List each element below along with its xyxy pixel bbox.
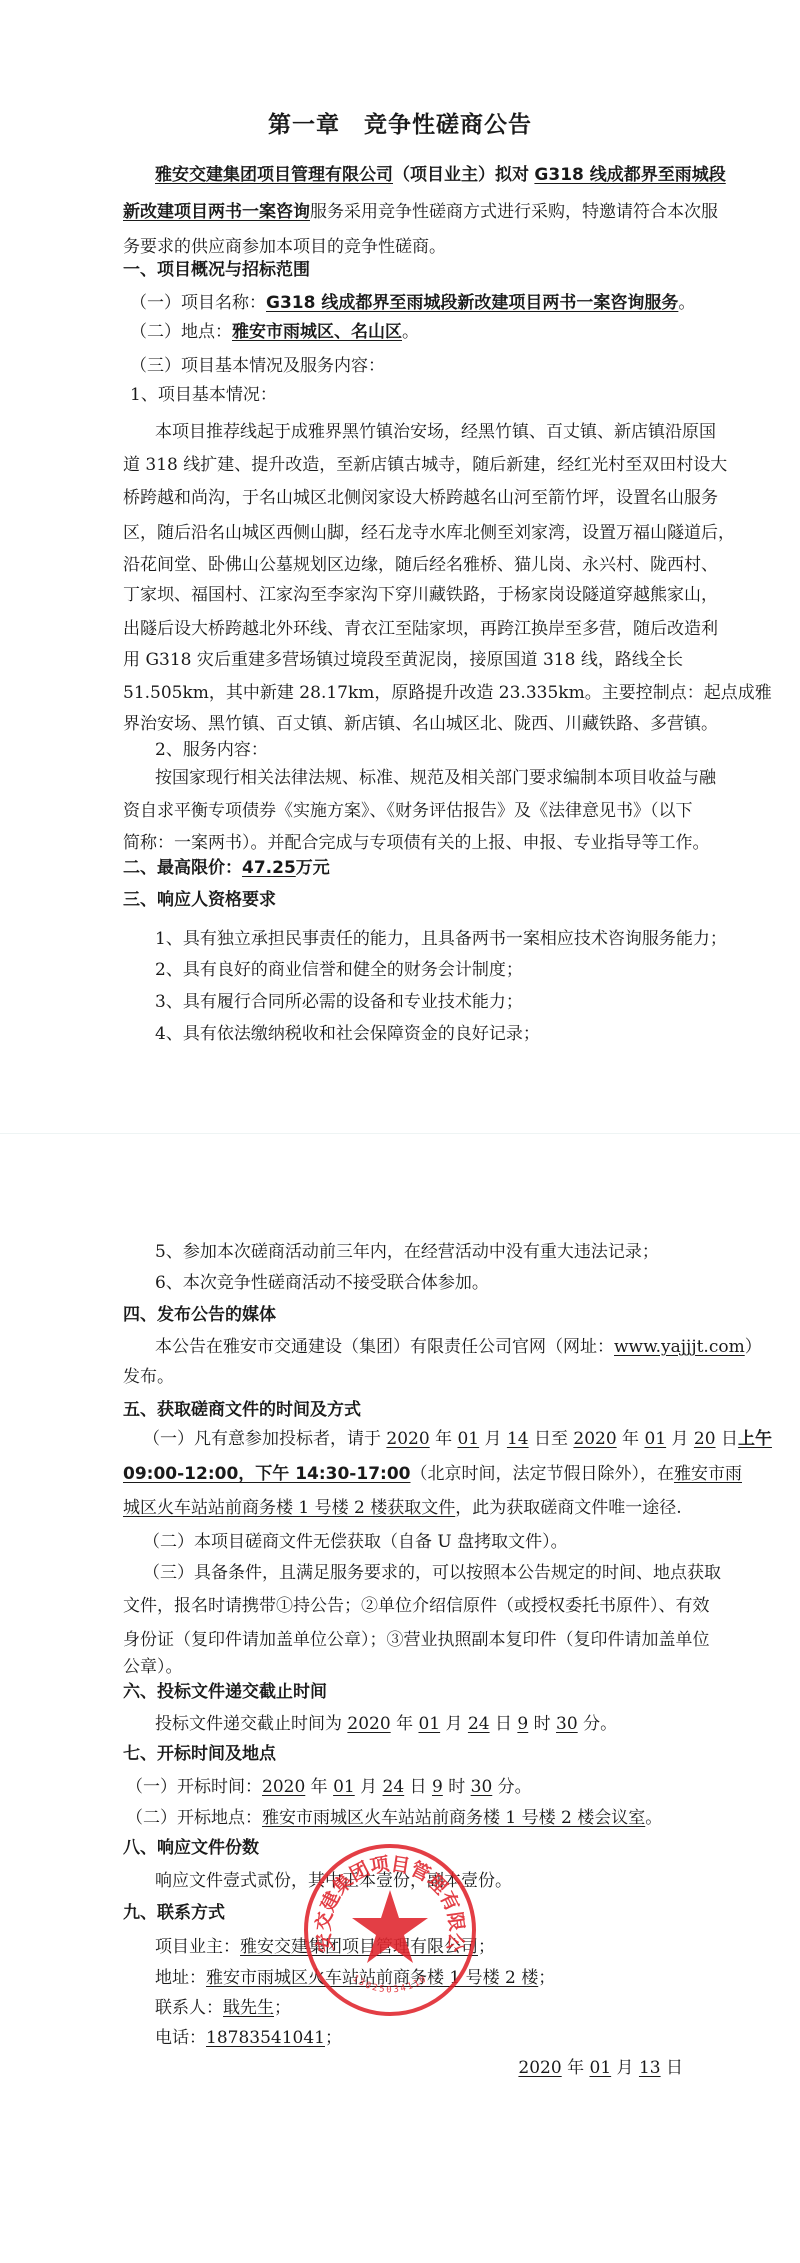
project-name-part-b: 新改建项目两书一案咨询 bbox=[123, 202, 310, 222]
intro-text: 服务采用竞争性磋商方式进行采购，特邀请符合本次服 bbox=[310, 202, 718, 222]
text: 年 bbox=[391, 1714, 419, 1734]
media-line: 本公告在雅安市交通建设（集团）有限责任公司官网（网址：www.yajjjt.co… bbox=[155, 1335, 683, 1359]
text: 日至 bbox=[529, 1429, 574, 1449]
sub1-line: 丁家坝、福国村、江家沟至李家沟下穿川藏铁路，于杨家岗设隧道穿越熊家山， bbox=[123, 583, 683, 607]
opening-place-line: （二）开标地点：雅安市雨城区火车站站前商务楼 1 号楼 2 楼会议室。 bbox=[126, 1806, 679, 1830]
text: 年 bbox=[430, 1429, 458, 1449]
sub1-label: 1、项目基本情况： bbox=[130, 383, 683, 407]
deadline-line: 投标文件递交截止时间为 2020 年 01 月 24 日 9 时 30 分。 bbox=[155, 1712, 683, 1736]
opening-hour: 9 bbox=[432, 1777, 443, 1797]
section-heading-4: 四、发布公告的媒体 bbox=[123, 1303, 683, 1327]
end-month: 01 bbox=[644, 1429, 666, 1449]
text: 日 bbox=[716, 1429, 738, 1449]
acquire-conditions-line: 身份证（复印件请加盖单位公章）；③营业执照副本复印件（复印件请加盖单位 bbox=[123, 1628, 683, 1652]
qualification-item: 4、具有依法缴纳税收和社会保障资金的良好记录； bbox=[155, 1022, 683, 1046]
qualification-item: 3、具有履行合同所必需的设备和专业技术能力； bbox=[155, 990, 683, 1014]
project-name-label: （一）项目名称： bbox=[130, 293, 266, 313]
sub2-line: 按国家现行相关法律法规、标准、规范及相关部门要求编制本项目收益与融 bbox=[155, 766, 683, 790]
text: 日 bbox=[490, 1714, 518, 1734]
sub2-line: 资自求平衡专项债券《实施方案》、《财务评估报告》及《法律意见书》（以下 bbox=[123, 799, 683, 823]
sub1-line: 沿花间堂、卧佛山公墓规划区边缘，随后经名雅桥、猫儿岗、永兴村、陇西村、 bbox=[123, 553, 683, 577]
page-title: 第一章 竞争性磋商公告 bbox=[0, 106, 800, 139]
contact-address-line: 地址：雅安市雨城区火车站站前商务楼 1 号楼 2 楼； bbox=[155, 1966, 683, 1990]
deadline-day: 24 bbox=[468, 1714, 490, 1734]
acquire-line-3: 城区火车站站前商务楼 1 号楼 2 楼获取文件，此为获取磋商文件唯一途径. bbox=[123, 1496, 683, 1520]
opening-day: 24 bbox=[383, 1777, 405, 1797]
location-line: （二）地点：雅安市雨城区、名山区。 bbox=[130, 320, 683, 344]
acquire-free-line: （二）本项目磋商文件无偿获取（自备 U 盘拷取文件）。 bbox=[143, 1530, 683, 1554]
text: （一）凡有意参加投标者，请于 bbox=[143, 1429, 386, 1449]
text: 分。 bbox=[492, 1777, 531, 1797]
text: 年 bbox=[562, 2058, 590, 2078]
sub1-line: 桥跨越和尚沟，于名山城区北侧闵家设大桥跨越名山河至箭竹坪，设置名山服务 bbox=[123, 486, 683, 510]
sub1-line: 本项目推荐线起于成雅界黑竹镇治安场，经黑竹镇、百丈镇、新店镇沿原国 bbox=[155, 420, 683, 444]
text: 月 bbox=[440, 1714, 468, 1734]
section-heading-8: 八、响应文件份数 bbox=[123, 1836, 683, 1860]
max-price-unit: 万元 bbox=[296, 858, 330, 878]
text: 年 bbox=[305, 1777, 333, 1797]
opening-time-line: （一）开标时间：2020 年 01 月 24 日 9 时 30 分。 bbox=[126, 1775, 679, 1799]
start-month: 01 bbox=[457, 1429, 479, 1449]
project-name-line: （一）项目名称：G318 线成都界至雨城段新改建项目两书一案咨询服务。 bbox=[130, 291, 683, 315]
punct: ； bbox=[478, 1937, 495, 1957]
text: 月 bbox=[355, 1777, 383, 1797]
sub1-line: 用 G318 灾后重建多营场镇过境段至黄泥岗，接原国道 318 线，路线全长 bbox=[123, 648, 683, 672]
text: 月 bbox=[666, 1429, 694, 1449]
start-year: 2020 bbox=[386, 1429, 429, 1449]
section-heading-5: 五、获取磋商文件的时间及方式 bbox=[123, 1398, 683, 1422]
max-price-value: 47.25 bbox=[242, 858, 296, 878]
punct: ； bbox=[325, 2028, 342, 2048]
acquire-conditions-line: 文件，报名时请携带①持公告；②单位介绍信原件（或授权委托书原件）、有效 bbox=[123, 1594, 683, 1618]
opening-place-value: 雅安市雨城区火车站站前商务楼 1 号楼 2 楼会议室 bbox=[262, 1808, 645, 1828]
punct: ） bbox=[745, 1337, 762, 1357]
punct: ； bbox=[538, 1968, 555, 1988]
owner-value: 雅安交建集团项目管理有限公司 bbox=[240, 1937, 478, 1957]
sub2-label: 2、服务内容： bbox=[155, 738, 683, 762]
page-break bbox=[0, 1133, 800, 1134]
sub1-line: 51.505km，其中新建 28.17km，原路提升改造 23.335km。主要… bbox=[123, 681, 683, 705]
opening-year: 2020 bbox=[262, 1777, 305, 1797]
text: 月 bbox=[479, 1429, 507, 1449]
location-label: （二）地点： bbox=[130, 322, 232, 342]
text: 日 bbox=[661, 2058, 683, 2078]
text: 年 bbox=[617, 1429, 645, 1449]
location-value: 雅安市雨城区、名山区 bbox=[232, 322, 402, 342]
acquire-line-1: （一）凡有意参加投标者，请于 2020 年 01 月 14 日至 2020 年 … bbox=[143, 1427, 683, 1451]
contact-phone-line: 电话：18783541041； bbox=[155, 2026, 683, 2050]
deadline-year: 2020 bbox=[347, 1714, 390, 1734]
punct: 。 bbox=[645, 1808, 662, 1828]
deadline-minute: 30 bbox=[556, 1714, 578, 1734]
sub1-line: 道 318 线扩建、提升改造，至新店镇古城寺，随后新建，经红光村至双田村设大 bbox=[123, 453, 683, 477]
sub1-line: 区，随后沿名山城区西侧山脚，经石龙寺水库北侧至刘家湾，设置万福山隧道后， bbox=[123, 521, 683, 545]
opening-time-label: （一）开标时间： bbox=[126, 1777, 262, 1797]
project-name-value: G318 线成都界至雨城段新改建项目两书一案咨询服务 bbox=[266, 293, 678, 313]
address-value: 雅安市雨城区火车站站前商务楼 1 号楼 2 楼 bbox=[206, 1968, 538, 1988]
section-heading-6: 六、投标文件递交截止时间 bbox=[123, 1680, 683, 1704]
sub1-line: 出隧后设大桥跨越北外环线、青衣江至陆家坝，再跨江换岸至多营，随后改造利 bbox=[123, 617, 683, 641]
phone-label: 电话： bbox=[155, 2028, 206, 2048]
deadline-hour: 9 bbox=[517, 1714, 528, 1734]
contact-value: 戢先生 bbox=[223, 1998, 274, 2018]
end-year: 2020 bbox=[573, 1429, 616, 1449]
contact-owner-line: 项目业主：雅安交建集团项目管理有限公司； bbox=[155, 1935, 683, 1959]
sub2-line: 简称：一案两书）。并配合完成与专项债有关的上报、申报、专业指导等工作。 bbox=[123, 831, 683, 855]
max-price-label: 二、最高限价： bbox=[123, 858, 242, 878]
owner-role: （项目业主）拟对 bbox=[393, 165, 529, 185]
phone-value: 18783541041 bbox=[206, 2028, 325, 2048]
project-name-part-a: G318 线成都界至雨城段 bbox=[534, 165, 725, 185]
text: 投标文件递交截止时间为 bbox=[155, 1714, 347, 1734]
owner-label: 项目业主： bbox=[155, 1937, 240, 1957]
qualification-item: 5、参加本次磋商活动前三年内，在经营活动中没有重大违法记录； bbox=[155, 1240, 683, 1264]
intro-line-3: 务要求的供应商参加本项目的竞争性磋商。 bbox=[123, 235, 683, 259]
deadline-month: 01 bbox=[418, 1714, 440, 1734]
text: 时 bbox=[443, 1777, 471, 1797]
copies-line: 响应文件壹式贰份，其中正本壹份，副本壹份。 bbox=[155, 1869, 683, 1893]
media-text: 本公告在雅安市交通建设（集团）有限责任公司官网（网址： bbox=[155, 1337, 614, 1357]
text: ，此为获取磋商文件唯一途径. bbox=[455, 1498, 681, 1518]
text: 月 bbox=[611, 2058, 639, 2078]
intro-line-1: 雅安交建集团项目管理有限公司（项目业主）拟对 G318 线成都界至雨城段 bbox=[155, 163, 683, 187]
end-day: 20 bbox=[694, 1429, 716, 1449]
acquire-place: 城区火车站站前商务楼 1 号楼 2 楼获取文件 bbox=[123, 1498, 455, 1518]
section-heading-1: 一、项目概况与招标范围 bbox=[123, 258, 683, 282]
qualification-item: 1、具有独立承担民事责任的能力，且具备两书一案相应技术咨询服务能力； bbox=[155, 927, 683, 951]
sign-year: 2020 bbox=[518, 2058, 561, 2078]
office-hours: 09:00-12:00，下午 14:30-17:00 bbox=[123, 1464, 410, 1484]
intro-line-2: 新改建项目两书一案咨询服务采用竞争性磋商方式进行采购，特邀请符合本次服 bbox=[123, 200, 683, 224]
contact-label: 联系人： bbox=[155, 1998, 223, 2018]
address-label: 地址： bbox=[155, 1968, 206, 1988]
punct: 。 bbox=[678, 293, 695, 313]
media-line-2: 发布。 bbox=[123, 1365, 683, 1389]
start-day: 14 bbox=[507, 1429, 529, 1449]
sign-month: 01 bbox=[590, 2058, 612, 2078]
contact-person-line: 联系人：戢先生； bbox=[155, 1996, 683, 2020]
opening-month: 01 bbox=[333, 1777, 355, 1797]
punct: 。 bbox=[402, 322, 419, 342]
section-heading-9: 九、联系方式 bbox=[123, 1901, 683, 1925]
basic-info-label: （三）项目基本情况及服务内容： bbox=[130, 354, 683, 378]
acquire-conditions-line: （三）具备条件，且满足服务要求的，可以按照本公告规定的时间、地点获取 bbox=[143, 1561, 683, 1585]
acquire-line-2: 09:00-12:00，下午 14:30-17:00（北京时间，法定节假日除外）… bbox=[123, 1462, 683, 1486]
text: 时 bbox=[528, 1714, 556, 1734]
section-heading-7: 七、开标时间及地点 bbox=[123, 1742, 683, 1766]
opening-place-label: （二）开标地点： bbox=[126, 1808, 262, 1828]
am-label: 上午 bbox=[738, 1429, 772, 1449]
acquire-conditions-line: 公章）。 bbox=[123, 1655, 683, 1679]
sign-day: 13 bbox=[639, 2058, 661, 2078]
text: （北京时间，法定节假日除外），在 bbox=[410, 1464, 674, 1484]
acquire-place: 雅安市雨 bbox=[674, 1464, 742, 1484]
qualification-item: 2、具有良好的商业信誉和健全的财务会计制度； bbox=[155, 958, 683, 982]
signature-date: 2020 年 01 月 13 日 bbox=[123, 2056, 683, 2080]
sub1-line: 界治安场、黑竹镇、百丈镇、新店镇、名山城区北、陇西、川藏铁路、多营镇。 bbox=[123, 712, 683, 736]
section-heading-2: 二、最高限价：47.25万元 bbox=[123, 856, 683, 880]
punct: ； bbox=[274, 1998, 291, 2018]
website-link[interactable]: www.yajjjt.com bbox=[614, 1337, 745, 1357]
text: 分。 bbox=[578, 1714, 617, 1734]
qualification-item: 6、本次竞争性磋商活动不接受联合体参加。 bbox=[155, 1271, 683, 1295]
project-owner: 雅安交建集团项目管理有限公司 bbox=[155, 165, 393, 185]
opening-minute: 30 bbox=[471, 1777, 493, 1797]
section-heading-3: 三、响应人资格要求 bbox=[123, 888, 683, 912]
text: 日 bbox=[404, 1777, 432, 1797]
